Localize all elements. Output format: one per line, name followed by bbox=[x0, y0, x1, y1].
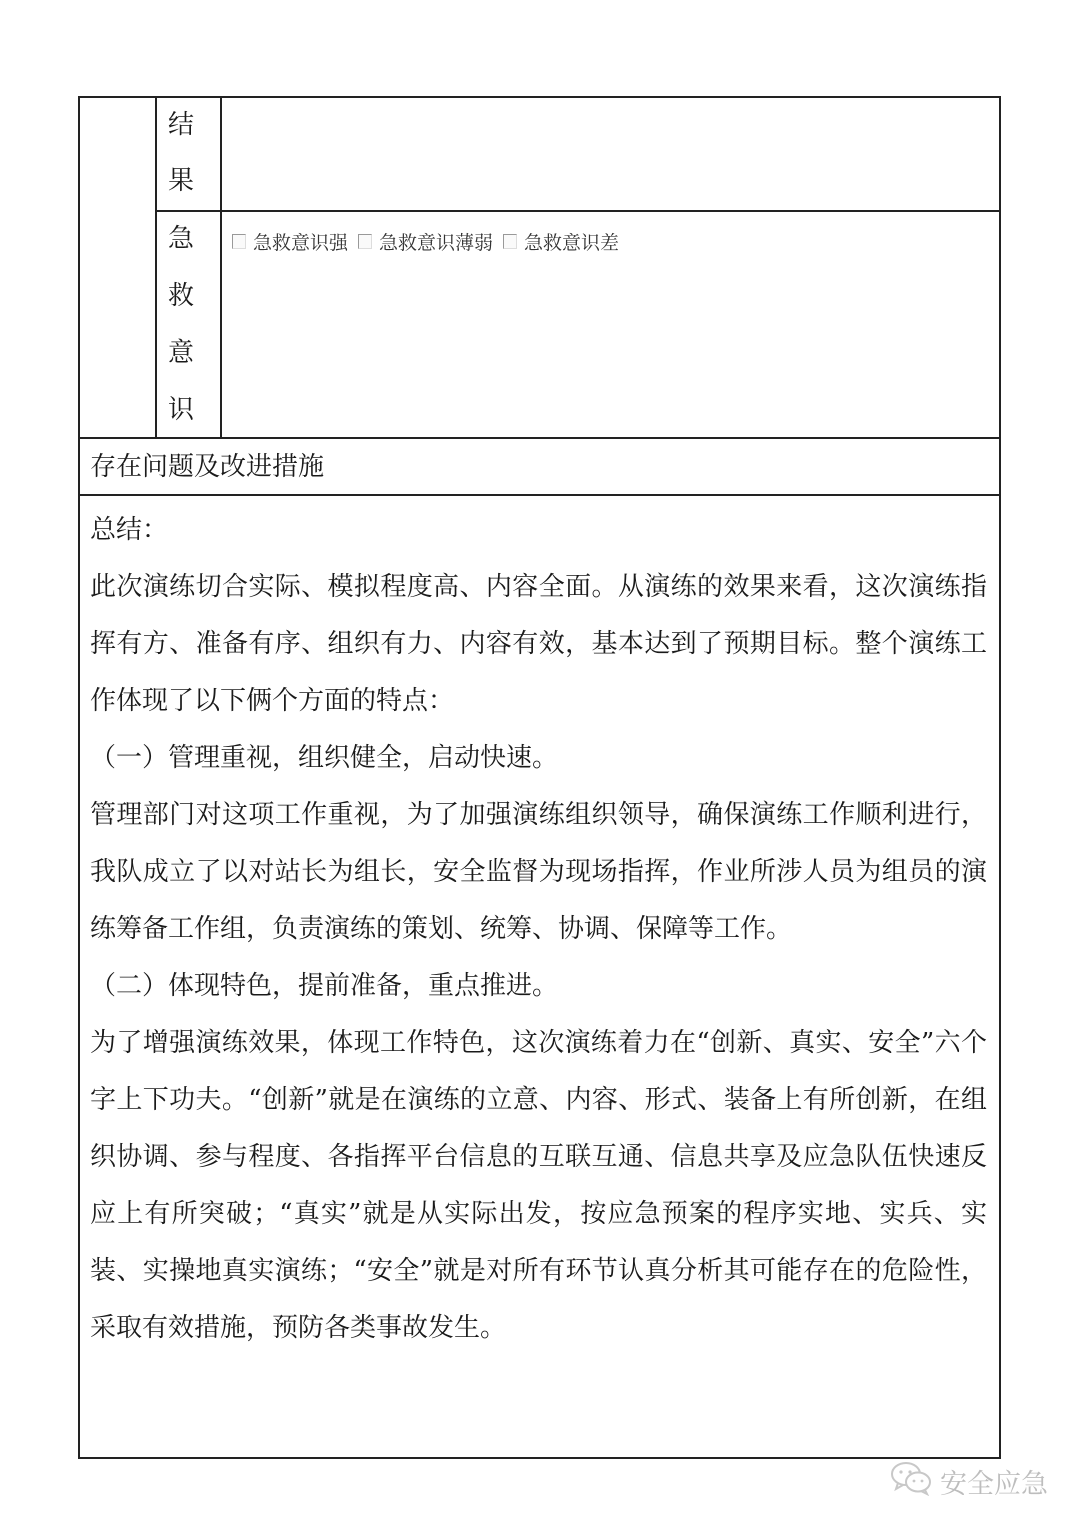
option-label: 急救意识薄弱 bbox=[379, 228, 493, 255]
summary-block: 总结： 此次演练切合实际、模拟程度高、内容全面。从演练的效果来看，这次演练指挥有… bbox=[80, 496, 999, 1457]
option-poor[interactable]: 急救意识差 bbox=[503, 228, 619, 255]
watermark-text: 安全应急 bbox=[940, 1462, 1048, 1501]
result-label-char: 果 bbox=[167, 166, 195, 196]
summary-paragraph: 管理部门对这项工作重视，为了加强演练组织领导，确保演练工作顺利进行，我队成立了以… bbox=[90, 787, 987, 958]
result-row: 结 果 bbox=[157, 98, 999, 212]
wechat-icon bbox=[890, 1460, 940, 1503]
summary-point-heading: （一）管理重视，组织健全，启动快速。 bbox=[90, 730, 987, 787]
watermark: 安全应急 bbox=[890, 1460, 1048, 1503]
result-content-cell[interactable] bbox=[222, 98, 999, 210]
summary-paragraph: 为了增强演练效果，体现工作特色，这次演练着力在“创新、真实、安全”六个字上下功夫… bbox=[90, 1015, 987, 1357]
top-section: 结 果 急 救 意 识 急救意识强 急救意识 bbox=[80, 98, 999, 439]
checkbox-icon[interactable] bbox=[503, 234, 517, 249]
summary-paragraph: 此次演练切合实际、模拟程度高、内容全面。从演练的效果来看，这次演练指挥有方、准备… bbox=[90, 559, 987, 730]
awareness-label-char: 识 bbox=[167, 395, 195, 425]
checkbox-icon[interactable] bbox=[232, 234, 246, 249]
awareness-label-cell: 急 救 意 识 bbox=[157, 212, 222, 439]
evaluation-table: 结 果 急 救 意 识 急救意识强 急救意识 bbox=[78, 96, 1001, 1459]
awareness-label-char: 急 bbox=[167, 224, 195, 254]
awareness-content-cell: 急救意识强 急救意识薄弱 急救意识差 bbox=[222, 212, 999, 439]
blank-column bbox=[80, 98, 157, 437]
option-label: 急救意识差 bbox=[524, 228, 619, 255]
awareness-label-char: 意 bbox=[167, 338, 195, 368]
awareness-options: 急救意识强 急救意识薄弱 急救意识差 bbox=[232, 228, 629, 255]
result-label-char: 结 bbox=[167, 110, 195, 140]
result-label-cell: 结 果 bbox=[157, 98, 222, 210]
first-aid-awareness-row: 急 救 意 识 急救意识强 急救意识薄弱 急救 bbox=[157, 212, 999, 439]
summary-point-heading: （二）体现特色，提前准备，重点推进。 bbox=[90, 958, 987, 1015]
option-label: 急救意识强 bbox=[253, 228, 348, 255]
option-strong[interactable]: 急救意识强 bbox=[232, 228, 348, 255]
option-weak[interactable]: 急救意识薄弱 bbox=[358, 228, 493, 255]
awareness-label-char: 救 bbox=[167, 281, 195, 311]
issues-and-improvements-row: 存在问题及改进措施 bbox=[80, 439, 999, 496]
summary-title: 总结： bbox=[90, 502, 987, 559]
checkbox-icon[interactable] bbox=[358, 234, 372, 249]
